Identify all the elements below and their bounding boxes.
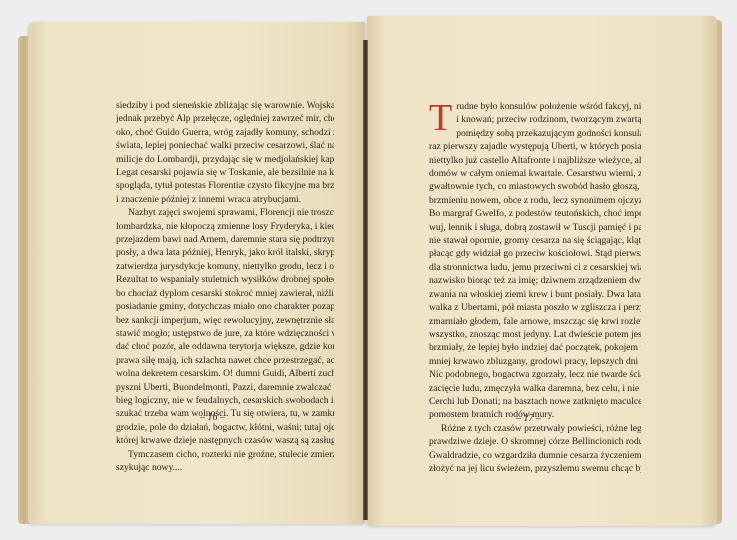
text-line: szukać trzeba wam wolności. Tu się otwie…: [116, 407, 334, 420]
text-line: milicje do Lombardji, przydając się w me…: [116, 153, 334, 166]
text-line: Gwaldradzie, co wzgardziła dumnie cesarz…: [429, 449, 641, 462]
text-line: złożyć na jej licu świeżem, przyszłemu s…: [429, 462, 641, 475]
text-line: posły, a dwa lata później, Henryk, jako …: [116, 246, 334, 259]
text-line: walka z Ubertami, pół miasta poszło w zg…: [429, 301, 641, 314]
text-line: nazwisko biorąc też za imię; dziwnem zrz…: [429, 274, 641, 287]
paragraph: siedziby i pod sieneńskie zbliżając się …: [116, 99, 334, 206]
text-line: świata, lepiej poniechać walki przeciw c…: [116, 139, 334, 152]
text-line: której krwawe dzieje następnych czasów w…: [116, 434, 334, 447]
text-line: siedziby i pod sieneńskie zbliżając się …: [116, 99, 334, 112]
text-line: Rezultat to wspaniały stuletnich wysiłkó…: [116, 273, 334, 286]
text-line: rudne było konsulów położenie wśród fakc…: [456, 100, 641, 113]
text-line: wuj, lennik i sługa, dobrą zostawił w Tu…: [429, 221, 641, 234]
text-line: zwania na włoskiej ziemi krew i bunt pos…: [429, 288, 641, 301]
text-line: i znaczenie później z innemi wraca atryb…: [116, 193, 334, 206]
text-line: prawdziwe dzieje. O skromnej córze Belli…: [429, 435, 641, 448]
book-gutter: [363, 40, 368, 520]
text-line: pomiędzy sobą przekazującym godności kon…: [456, 127, 641, 140]
text-line: Legat cesarski pojawia się w Toskanie, a…: [116, 166, 334, 179]
page-number-right: – 17 –: [516, 413, 541, 424]
text-line: szykując nowy....: [116, 461, 334, 474]
text-line: zmarniało głodem, fale arnowe, mszcząc s…: [429, 315, 641, 328]
text-line: wolna dekretem cesarskim. O! dumni Guidi…: [116, 367, 334, 380]
text-line: płacąc gdy widział go przeciw kościołowi…: [429, 247, 641, 260]
text-line: posiadanie gminy, dotychczas miało ono c…: [116, 300, 334, 313]
text-line: Cerchi lub Donati; na basztach nowe zatk…: [429, 395, 641, 408]
text-line: Nazbyt zajęci swojemi sprawami, Florencj…: [116, 206, 334, 219]
text-line: bez sankcji imperjum, więc rewolucyjny, …: [116, 314, 334, 327]
text-line: bieg logiczny, nie w feudalnych, cesarsk…: [116, 394, 334, 407]
text-line: bo chociaż dyplom cesarski stokroć mniej…: [116, 287, 334, 300]
text-line: pyszni Uberti, Buondelmonti, Pazzi, dare…: [116, 381, 334, 394]
paragraph: Tymczasem cicho, rozterki nie groźne, st…: [116, 448, 334, 475]
text-line: wszystko, znosząc most jedyny. Lat dwieś…: [429, 328, 641, 341]
text-line: lombardzka, nie kłopoczą zmienne losy Fr…: [116, 220, 334, 233]
left-page-text: siedziby i pod sieneńskie zbliżając się …: [116, 99, 334, 474]
text-line: brzmiały, że lepiej było indziej dać poc…: [429, 341, 641, 354]
text-line: brzmieniu nowem, obce z rodu, lecz synon…: [429, 194, 641, 207]
text-line: mniej krwawo zbluzgany, grodowi pracy, l…: [429, 355, 641, 368]
paragraph: rudne było konsulów położenie wśród fakc…: [429, 100, 641, 422]
page-number-left: – 16 –: [200, 412, 225, 423]
paragraph: Nazbyt zajęci swojemi sprawami, Florencj…: [116, 206, 334, 447]
text-line: jednak przebyć Alp przełęcze, oględniej …: [116, 112, 334, 125]
text-line: gwałtownie tych, co miastowych swobód ha…: [429, 180, 641, 193]
text-line: raz pierwszy zajadle występują Uberti, w…: [429, 140, 641, 153]
text-line: grodzie, pole do działań, bogactw, kłótn…: [116, 421, 334, 434]
text-line: nie stawał opornie, gromy cesarza na się…: [429, 234, 641, 247]
text-line: i knowań; przeciw rodzinom, tworzącym zw…: [456, 113, 641, 126]
text-line: niettylko już castello Altafronte i najb…: [429, 154, 641, 167]
text-line: Tymczasem cicho, rozterki nie groźne, st…: [116, 448, 334, 461]
text-line: prawa siłę mają, ich szlachta nawet chce…: [116, 354, 334, 367]
paragraph: Różne z tych czasów przetrwały powieści,…: [429, 422, 641, 476]
text-line: dać choć pozór, ale oddawna terytorja wi…: [116, 340, 334, 353]
text-line: spogląda, tytuł potestas Florentiæ czyst…: [116, 179, 334, 192]
text-line: oko, choć Guido Guerra, wróg zajadły kom…: [116, 126, 334, 139]
text-line: zacięcie ludu, zmęczyła walka daremna, b…: [429, 382, 641, 395]
text-line: stawić mogło; ustępstwo de jure, za któr…: [116, 327, 334, 340]
drop-cap: T: [429, 102, 452, 134]
text-line: Bo margraf Gwelfo, z podestów teutońskic…: [429, 207, 641, 220]
text-line: Nic podobnego, bogactwa zgorzały, lecz n…: [429, 368, 641, 381]
text-line: domów w całym oniemal kwartale. Cesarstw…: [429, 167, 641, 180]
text-line: zatwierdza jurysdykcje komuny, niettylko…: [116, 260, 334, 273]
open-book: siedziby i pod sieneńskie zbliżając się …: [0, 0, 737, 540]
text-line: dla stronnictwa ludu, jemu przeciwni ci …: [429, 261, 641, 274]
text-line: przejazdem bawi nad Arnem, daremnie star…: [116, 233, 334, 246]
